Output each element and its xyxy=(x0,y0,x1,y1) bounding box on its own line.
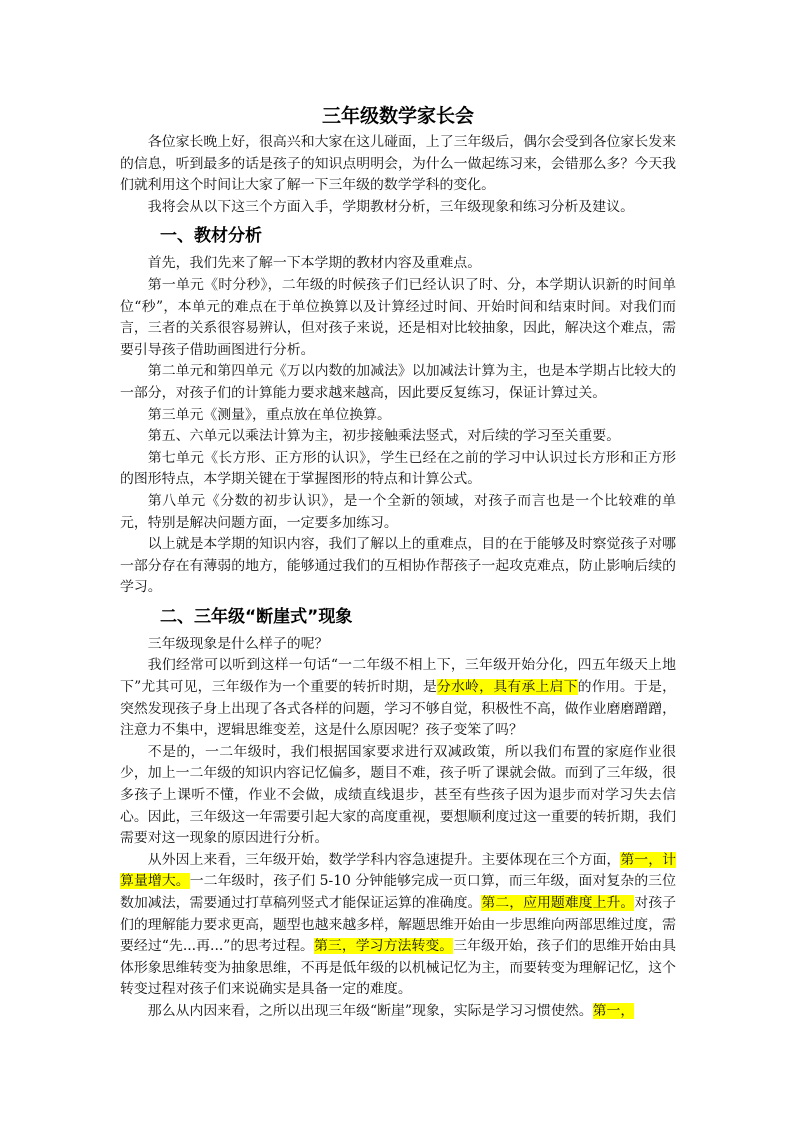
highlighted-text: 第二，应用题难度上升。 xyxy=(481,895,634,911)
intro-paragraph-2: 我将会从以下这三个方面入手，学期教材分析，三年级现象和练习分析及建议。 xyxy=(120,197,676,219)
s2-paragraph-2: 我们经常可以听到这样一句话“一二年级不相上下，三年级开始分化，四五年级天上地下”… xyxy=(120,655,676,741)
s1-paragraph-1: 首先，我们先来了解一下本学期的教材内容及重难点。 xyxy=(120,253,676,275)
section-heading-cliff-phenomenon: 二、三年级“断崖式”现象 xyxy=(160,605,676,629)
intro-paragraph-1: 各位家长晚上好，很高兴和大家在这儿碰面，上了三年级后，偶尔会受到各位家长发来的信… xyxy=(120,132,676,197)
s1-paragraph-2: 第一单元《时分秒》，二年级的时候孩子们已经认识了时、分，本学期认识新的时间单位“… xyxy=(120,275,676,361)
highlighted-text: 分水岭，具有承上启下 xyxy=(437,679,578,695)
section-heading-textbook-analysis: 一、教材分析 xyxy=(160,224,676,248)
s2-paragraph-4: 从外因上来看，三年级开始，数学学科内容急速提升。主要体现在三个方面，第一，计算量… xyxy=(120,850,676,1001)
text-run: 那么从内因来看，之所以出现三年级“断崖”现象，实际是学习习惯使然。 xyxy=(148,1003,593,1019)
s1-paragraph-6: 第七单元《长方形、正方形的认识》，学生已经在之前的学习中认识过长方形和正方形的图… xyxy=(120,448,676,491)
text-run: 从外因上来看，三年级开始，数学学科内容急速提升。主要体现在三个方面， xyxy=(148,852,621,868)
s1-paragraph-5: 第五、六单元以乘法计算为主，初步接触乘法竖式，对后续的学习至关重要。 xyxy=(120,426,676,448)
document-page: 三年级数学家长会 各位家长晚上好，很高兴和大家在这儿碰面，上了三年级后，偶尔会受… xyxy=(120,103,676,1023)
s1-paragraph-7: 第八单元《分数的初步认识》，是一个全新的领域，对孩子而言也是一个比较难的单元，特… xyxy=(120,491,676,534)
s2-paragraph-1: 三年级现象是什么样子的呢？ xyxy=(120,634,676,656)
highlighted-text: 第一， xyxy=(593,1003,635,1019)
s2-paragraph-5: 那么从内因来看，之所以出现三年级“断崖”现象，实际是学习习惯使然。第一， xyxy=(120,1001,676,1023)
s1-paragraph-3: 第二单元和第四单元《万以内数的加减法》以加减法计算为主，也是本学期占比较大的一部… xyxy=(120,361,676,404)
s2-paragraph-3: 不是的，一二年级时，我们根据国家要求进行双减政策，所以我们布置的家庭作业很少，加… xyxy=(120,742,676,850)
s1-paragraph-4: 第三单元《测量》，重点放在单位换算。 xyxy=(120,405,676,427)
document-title: 三年级数学家长会 xyxy=(120,103,676,129)
s1-paragraph-8: 以上就是本学期的知识内容，我们了解以上的重难点，目的在于能够及时察觉孩子对哪一部… xyxy=(120,534,676,599)
highlighted-text: 第三，学习方法转变。 xyxy=(314,938,453,954)
